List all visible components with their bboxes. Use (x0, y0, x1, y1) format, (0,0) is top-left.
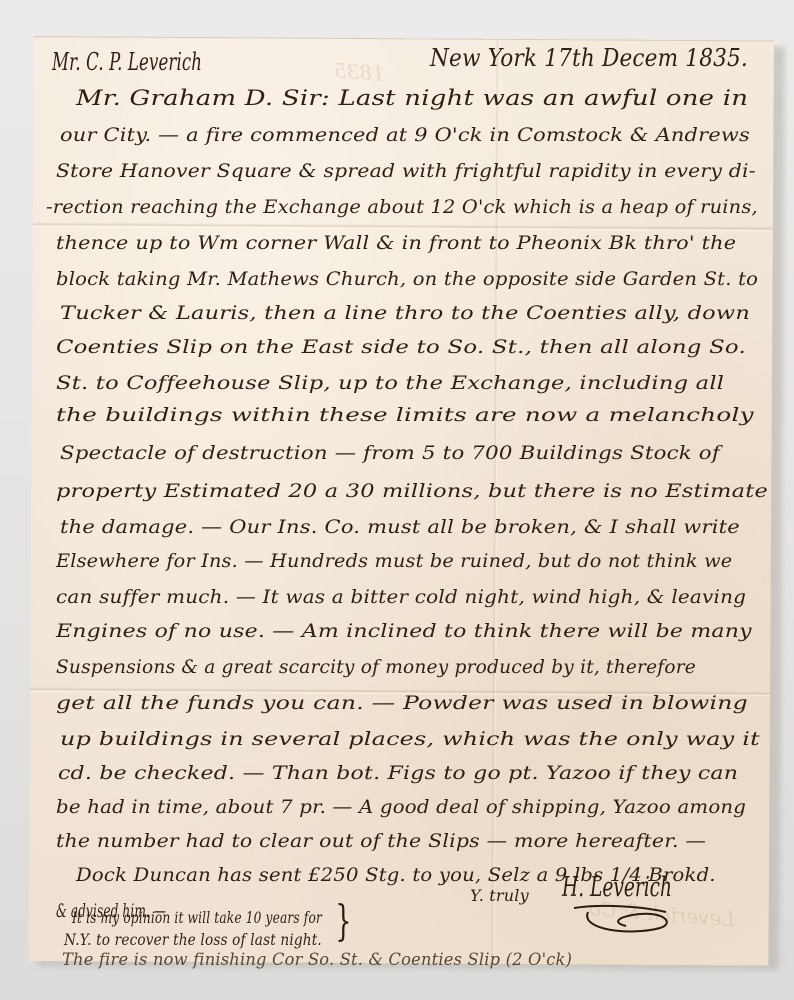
body-line: St. to Coffeehouse Slip, up to the Excha… (56, 372, 724, 394)
body-line: Spectacle of destruction — from 5 to 700… (60, 442, 720, 464)
body-line: Suspensions & a great scarcity of money … (56, 656, 696, 678)
body-line: property Estimated 20 a 30 millions, but… (56, 480, 768, 502)
body-line: cd. be checked. — Than bot. Figs to go p… (58, 762, 738, 784)
bleed-through-text: 1835 (333, 58, 386, 86)
closing: Y. truly (470, 886, 529, 905)
body-line: Engines of no use. — Am inclined to thin… (56, 620, 752, 642)
place-date: New York 17th Decem 1835. (430, 44, 748, 72)
body-line: get all the funds you can. — Powder was … (56, 692, 748, 714)
signature-flourish-icon (570, 902, 680, 938)
body-line: thence up to Wm corner Wall & in front t… (56, 232, 736, 254)
note-line: The fire is now finishing Cor So. St. & … (62, 950, 572, 970)
signature: H. Leverich (562, 872, 672, 903)
body-line: Tucker & Lauris, then a line thro to the… (60, 302, 750, 324)
body-line: can suffer much. — It was a bitter cold … (56, 586, 746, 608)
body-line: up buildings in several places, which wa… (60, 728, 760, 750)
body-line: -rection reaching the Exchange about 12 … (46, 196, 758, 218)
body-line: Store Hanover Square & spread with frigh… (56, 160, 756, 182)
addressee: Mr. C. P. Leverich (52, 48, 202, 76)
brace-icon: } (335, 896, 351, 945)
salutation-line: Mr. Graham D. Sir: Last night was an awf… (76, 86, 748, 110)
body-line: block taking Mr. Mathews Church, on the … (56, 268, 758, 290)
body-line: Elsewhere for Ins. — Hundreds must be ru… (56, 550, 732, 572)
body-line: our City. — a fire commenced at 9 O'ck i… (60, 124, 750, 146)
body-line: the damage. — Our Ins. Co. must all be b… (60, 516, 740, 538)
postscript-line: It is my opinion it will take 10 years f… (72, 908, 322, 927)
body-line: the buildings within these limits are no… (56, 404, 754, 426)
fold-line-upper (33, 222, 773, 233)
body-line: Coenties Slip on the East side to So. St… (56, 336, 746, 358)
body-line: the number had to clear out of the Slips… (56, 830, 706, 852)
postscript-line: N.Y. to recover the loss of last night. (64, 930, 322, 949)
body-line: be had in time, about 7 pr. — A good dea… (56, 796, 746, 818)
